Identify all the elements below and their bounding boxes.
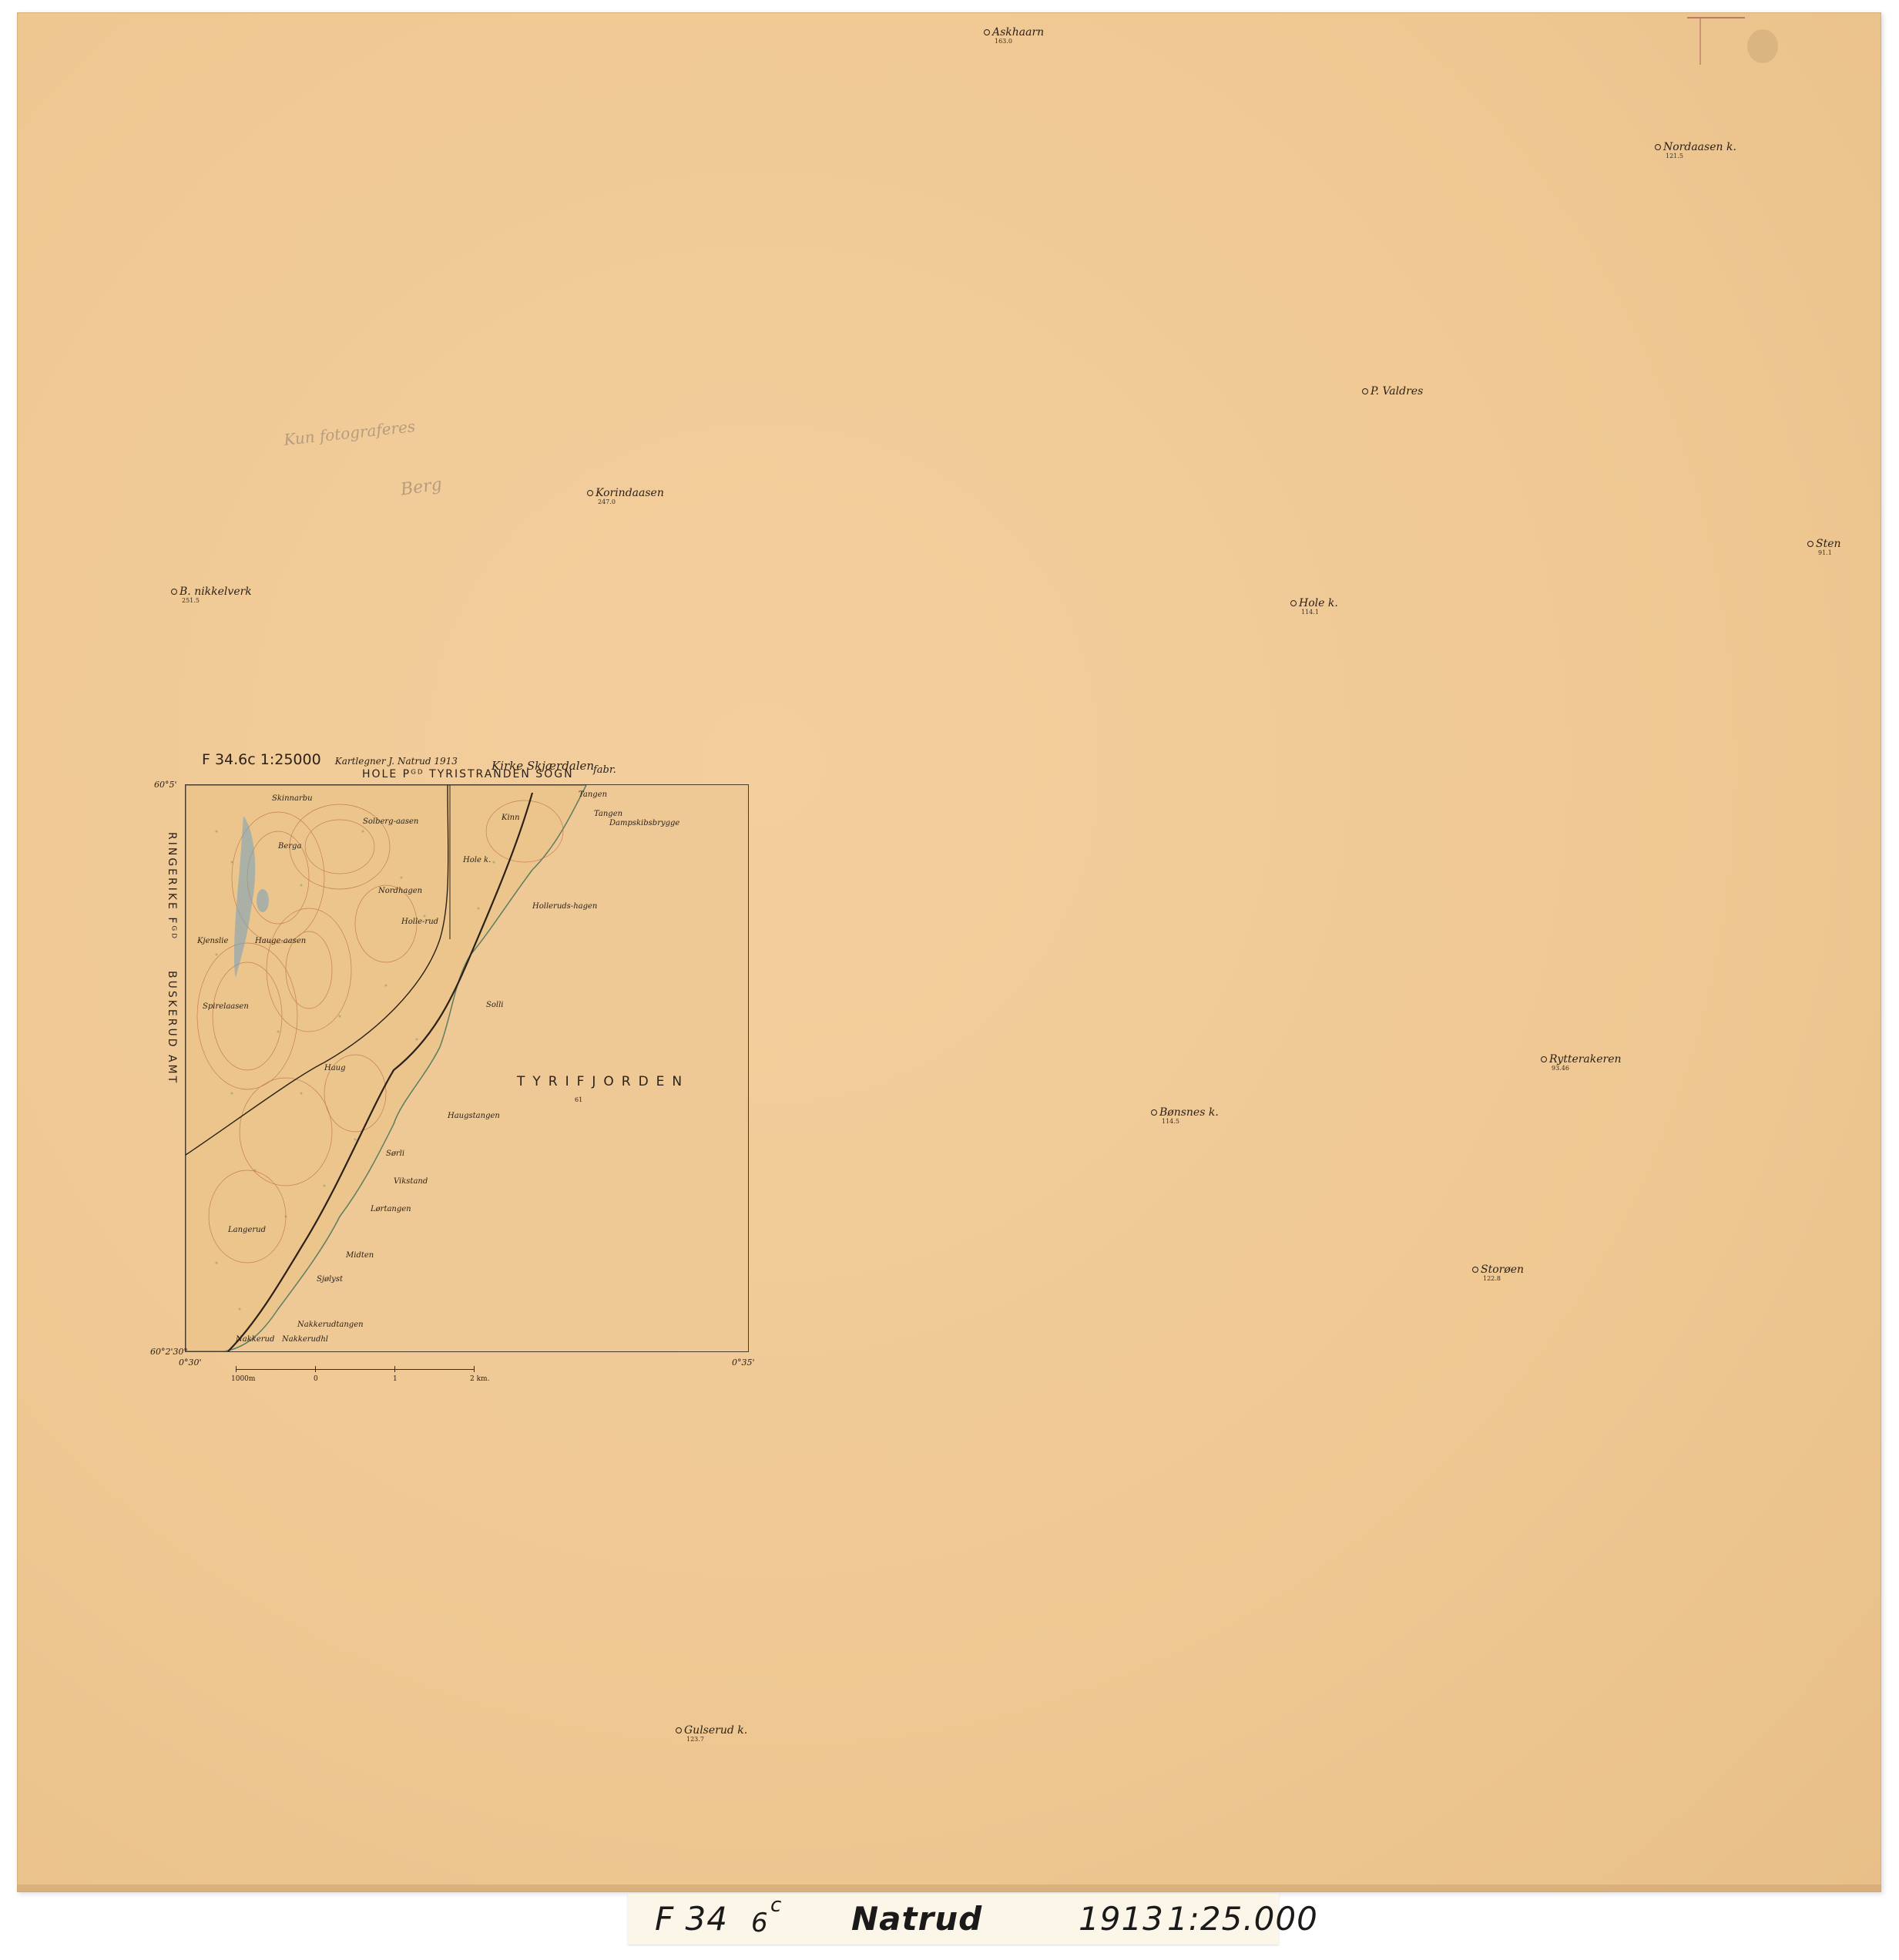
scale-bar <box>236 1369 475 1370</box>
place-name: Skinnarbu <box>272 794 313 803</box>
trig-elevation: 122.8 <box>1483 1275 1524 1282</box>
place-name: Nakkerudtangen <box>297 1321 364 1329</box>
inset-church-label: Kirke Skjærdalen <box>492 759 594 773</box>
trig-name: Storøen <box>1481 1264 1524 1276</box>
scale-label: 1 <box>393 1375 398 1383</box>
inset-map-frame: SkinnarbuSolberg-aasenTangenTangenDampsk… <box>185 784 749 1352</box>
trig-point: Bønsnes k.114.5 <box>1151 1106 1219 1125</box>
inset-title: F 34.6c 1:25000 Kartlegner J. Natrud 191… <box>202 751 458 768</box>
trig-circle-icon <box>1362 388 1368 394</box>
trig-point: Korindaasen247.0 <box>587 487 664 505</box>
coord-bottom-left: 60°2'30" <box>150 1347 188 1357</box>
trig-circle-icon <box>984 29 990 35</box>
inset-margin-lower: BUSKERUD AMT <box>166 971 178 1085</box>
trig-elevation: 163.0 <box>995 38 1044 45</box>
inset-cartographer: Kartlegner J. Natrud 1913 <box>335 756 458 767</box>
inset-sheet-id: F 34.6c 1:25000 <box>202 751 321 768</box>
inset-topography <box>186 785 748 1351</box>
trig-point: Storøen122.8 <box>1472 1264 1524 1282</box>
inset-factory-label: fabr. <box>593 764 616 776</box>
place-name: Hauge-aasen <box>255 937 306 945</box>
place-name: Berga <box>278 842 301 851</box>
trig-point: B. nikkelverk251.5 <box>171 586 252 604</box>
trig-name: Hole k. <box>1299 597 1338 609</box>
trig-circle-icon <box>1807 541 1813 547</box>
trig-name: Bønsnes k. <box>1159 1106 1219 1119</box>
label-scale: 1:25.000 <box>1167 1900 1318 1938</box>
trig-point: P. Valdres <box>1362 385 1423 397</box>
trig-elevation: 114.1 <box>1301 609 1338 616</box>
place-name: Holleruds-hagen <box>532 902 597 911</box>
trig-point: Gulserud k.123.7 <box>676 1724 747 1743</box>
place-name: Nakkerudhl <box>282 1335 328 1344</box>
lon-left: 0°30' <box>179 1358 202 1368</box>
place-name: Lørtangen <box>371 1205 411 1213</box>
sheet-edge <box>17 1884 1881 1892</box>
red-pencil-mark <box>1699 18 1701 65</box>
scale-label: 2 km. <box>470 1375 489 1383</box>
place-name: Midten <box>346 1251 374 1260</box>
trig-name: Sten <box>1816 538 1841 550</box>
label-sub-id-sup: c <box>770 1894 782 1917</box>
trig-point: Rytterakeren93.46 <box>1541 1053 1622 1072</box>
place-name: Solberg-aasen <box>363 817 418 826</box>
trig-point: Sten91.1 <box>1807 538 1841 556</box>
place-name: Solli <box>486 1001 503 1009</box>
trig-elevation: 91.1 <box>1818 549 1841 556</box>
red-pencil-mark <box>1687 17 1745 18</box>
catalog-label-strip: F 34 6 c Natrud 1913 1:25.000 <box>628 1894 1279 1945</box>
trig-circle-icon <box>1151 1109 1157 1116</box>
trig-circle-icon <box>1290 600 1297 606</box>
place-name: Nakkerud <box>236 1335 274 1344</box>
trig-name: Gulserud k. <box>684 1724 747 1737</box>
place-name: Haug <box>324 1064 346 1072</box>
inset-margin-upper: RINGERIKE Fᴳᴰ <box>166 832 178 941</box>
trig-circle-icon <box>587 490 593 496</box>
place-name: Spirelaasen <box>203 1002 249 1011</box>
trig-circle-icon <box>1655 144 1661 150</box>
trig-elevation: 93.46 <box>1552 1065 1622 1072</box>
trig-name: Rytterakeren <box>1549 1053 1622 1066</box>
place-name: Dampskibsbrygge <box>609 819 679 827</box>
place-name: Hole k. <box>463 856 491 864</box>
trig-name: Askhaarn <box>992 26 1044 39</box>
place-name: Tangen <box>594 810 622 818</box>
place-name: Kinn <box>502 814 520 822</box>
trig-circle-icon <box>171 589 177 595</box>
trig-elevation: 121.5 <box>1666 153 1736 159</box>
trig-circle-icon <box>1541 1056 1547 1062</box>
lon-right: 0°35' <box>732 1358 755 1368</box>
coord-top-left: 60°5' <box>154 780 177 790</box>
label-sheet-id: F 34 <box>655 1900 728 1938</box>
trig-elevation: 247.0 <box>598 498 664 505</box>
water-depth: 61 <box>575 1096 582 1103</box>
scale-label: 0 <box>314 1375 318 1383</box>
trig-point: Askhaarn163.0 <box>984 26 1044 45</box>
place-name: Haugstangen <box>448 1112 500 1120</box>
place-name: Sørli <box>386 1149 404 1158</box>
label-sub-id: 6 <box>751 1908 769 1938</box>
trig-name: P. Valdres <box>1371 385 1423 398</box>
ink-stain <box>1747 29 1778 63</box>
water-body-label: TYRIFJORDEN <box>517 1074 689 1089</box>
trig-name: B. nikkelverk <box>179 586 252 598</box>
label-sheet-name: Natrud <box>851 1900 982 1938</box>
place-name: Kjenslie <box>197 937 228 945</box>
place-name: Vikstand <box>394 1177 428 1186</box>
scale-label: 1000m <box>231 1375 255 1383</box>
trig-elevation: 123.7 <box>686 1736 747 1743</box>
trig-elevation: 114.5 <box>1162 1118 1219 1125</box>
trig-circle-icon <box>676 1727 682 1733</box>
trig-name: Nordaasen k. <box>1663 141 1736 153</box>
label-year: 1913 <box>1079 1900 1164 1938</box>
place-name: Nordhagen <box>378 887 422 895</box>
trig-point: Nordaasen k.121.5 <box>1655 141 1736 159</box>
place-name: Langerud <box>228 1226 266 1234</box>
trig-point: Hole k.114.1 <box>1290 597 1338 616</box>
place-name: Holle-rud <box>401 918 438 926</box>
trig-elevation: 251.5 <box>182 597 252 604</box>
trig-circle-icon <box>1472 1267 1478 1273</box>
place-name: Tangen <box>579 790 607 799</box>
trig-name: Korindaasen <box>596 487 664 499</box>
place-name: Sjølyst <box>317 1275 343 1284</box>
